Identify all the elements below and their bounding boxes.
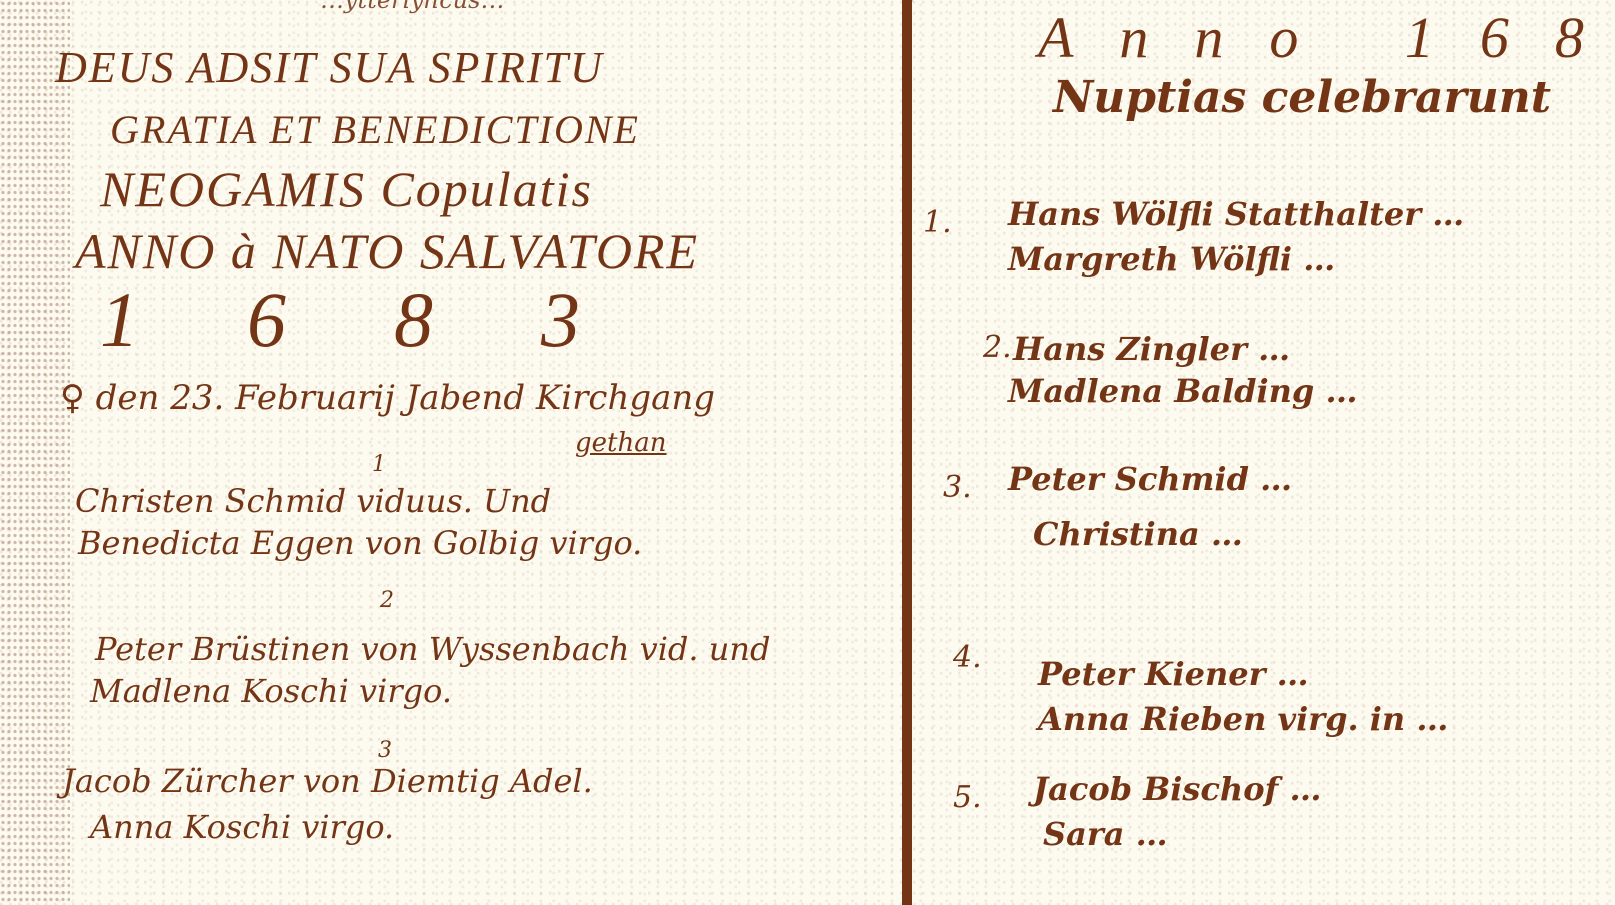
right-entry-3-line-1: Peter Schmid … (1008, 460, 1292, 498)
manuscript-spread: …ytteriyhcus… DEUS ADSIT SUA SPIRITU GRA… (0, 0, 1615, 905)
entry-2-line-1: Peter Brüstinen von Wyssenbach vid. und (95, 630, 770, 668)
right-entry-1-line-2: Margreth Wölfli … (1008, 240, 1335, 278)
entry-number: 2. (983, 330, 1012, 365)
title-line-4: ANNO à NATO SALVATORE (75, 222, 699, 280)
right-entry-1-line-1: Hans Wölfli Statthalter … (1008, 195, 1464, 233)
entry-3-line-1: Jacob Zürcher von Diemtig Adel. (62, 762, 593, 800)
top-scribble: …ytteriyhcus… (320, 0, 504, 14)
right-heading: Nuptias celebrarunt (1053, 72, 1551, 123)
entry-3-line-2: Anna Koschi virgo. (90, 808, 394, 846)
title-line-2: GRATIA ET BENEDICTIONE (110, 106, 640, 153)
entry-number: 2 (380, 588, 394, 613)
entry-number: 3. (943, 470, 972, 505)
date-line-continuation: gethan (575, 428, 666, 458)
entry-1-line-2: Benedicta Eggen von Golbig virgo. (78, 524, 642, 562)
right-entry-3-line-2: Christina … (1033, 515, 1243, 553)
entry-number: 1 (372, 452, 386, 477)
right-entry-5-line-2: Sara … (1043, 815, 1168, 853)
title-line-3: NEOGAMIS Copulatis (100, 160, 593, 218)
right-entry-4-line-2: Anna Rieben virg. in … (1038, 700, 1448, 738)
entry-number: 1. (923, 205, 952, 240)
year-heading: 1683 (100, 275, 688, 365)
date-line: ♀ den 23. Februarij Jabend Kirchgang (60, 378, 715, 418)
right-page: Anno 1685 Nuptias celebrarunt 1. Hans Wö… (913, 0, 1615, 905)
right-entry-5-line-1: Jacob Bischof … (1033, 770, 1321, 808)
page-gutter-divider (902, 0, 912, 905)
right-entry-2-line-2: Madlena Balding … (1008, 372, 1357, 410)
entry-1-line-1: Christen Schmid viduus. Und (75, 482, 551, 520)
entry-number: 3 (378, 738, 392, 763)
right-entry-2-line-1: Hans Zingler … (1013, 330, 1290, 368)
entry-2-line-2: Madlena Koschi virgo. (90, 672, 452, 710)
entry-number: 5. (953, 780, 982, 815)
right-entry-4-line-1: Peter Kiener … (1038, 655, 1309, 693)
left-page: …ytteriyhcus… DEUS ADSIT SUA SPIRITU GRA… (0, 0, 902, 905)
title-line-1: DEUS ADSIT SUA SPIRITU (55, 42, 604, 93)
entry-number: 4. (953, 640, 982, 675)
right-year-heading: Anno 1685 (1038, 4, 1615, 71)
